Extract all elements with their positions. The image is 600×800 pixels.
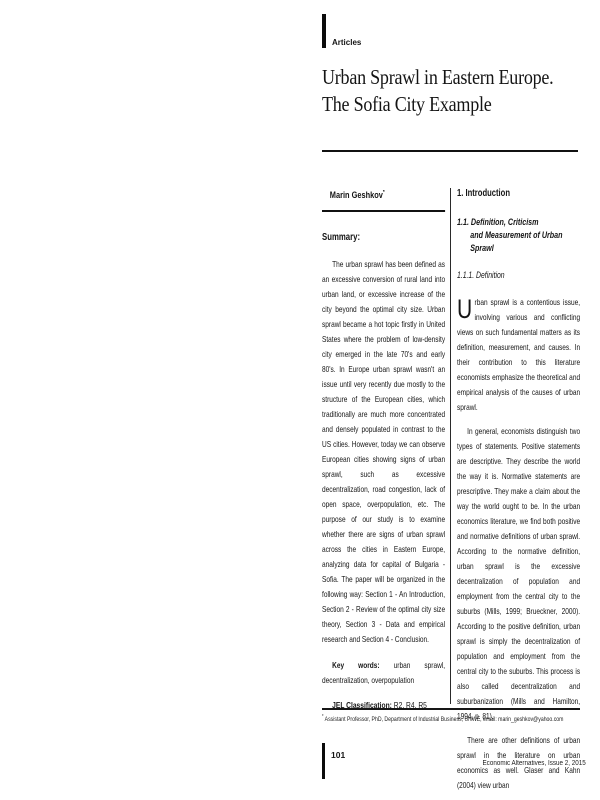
- jel-classification-line: JEL Classification: R2, R4, R5: [322, 698, 445, 713]
- intro-paragraph-1-text: rban sprawl is a contentious issue, invo…: [457, 297, 580, 412]
- paper-title: Urban Sprawl in Eastern Europe. The Sofi…: [322, 64, 582, 118]
- subheading-line2: and Measurement of Urban Sprawl: [457, 229, 580, 255]
- definition-criticism-subheading: 1.1. Definition, Criticism and Measureme…: [457, 216, 580, 255]
- paper-title-line1: Urban Sprawl in Eastern Europe.: [322, 65, 553, 89]
- author-divider-rule: [322, 210, 445, 212]
- page-content: Articles Urban Sprawl in Eastern Europe.…: [322, 0, 580, 800]
- intro-paragraph-2: In general, economists distinguish two t…: [457, 424, 580, 724]
- title-divider-rule: [322, 150, 578, 152]
- page-number-bar: [322, 743, 325, 779]
- summary-heading: Summary:: [322, 230, 445, 245]
- dropcap-letter: U: [457, 295, 475, 322]
- two-column-body: Marin Geshkov* Summary: The urban sprawl…: [322, 184, 580, 708]
- left-column: Marin Geshkov* Summary: The urban sprawl…: [322, 184, 445, 713]
- footnote-divider-rule: [322, 708, 580, 710]
- definition-subsubheading: 1.1.1. Definition: [457, 268, 580, 283]
- summary-paragraph: The urban sprawl has been defined as an …: [322, 257, 445, 647]
- journal-footer-line: Economic Alternatives, Issue 2, 2015: [483, 760, 586, 767]
- column-divider-line: [450, 188, 451, 704]
- author-footnote-marker: *: [383, 190, 385, 196]
- introduction-heading: 1. Introduction: [457, 184, 580, 201]
- articles-label: Articles: [332, 38, 361, 47]
- keywords-line: Key words: urban sprawl, decentralizatio…: [322, 658, 445, 688]
- right-column: 1. Introduction 1.1. Definition, Critici…: [457, 184, 580, 793]
- page-number: 101: [331, 750, 345, 760]
- subheading-line1: 1.1. Definition, Criticism: [457, 217, 539, 227]
- paper-title-line2: The Sofia City Example: [322, 92, 492, 116]
- articles-section-bar: [322, 14, 326, 48]
- scanned-paper-page: Articles Urban Sprawl in Eastern Europe.…: [0, 0, 600, 800]
- footnote-text: * Assistant Professor, PhD, Department o…: [322, 713, 579, 724]
- intro-paragraph-1: Urban sprawl is a contentious issue, inv…: [457, 295, 580, 415]
- author-name: Marin Geshkov*: [322, 184, 445, 203]
- keywords-label: Key words:: [332, 660, 379, 670]
